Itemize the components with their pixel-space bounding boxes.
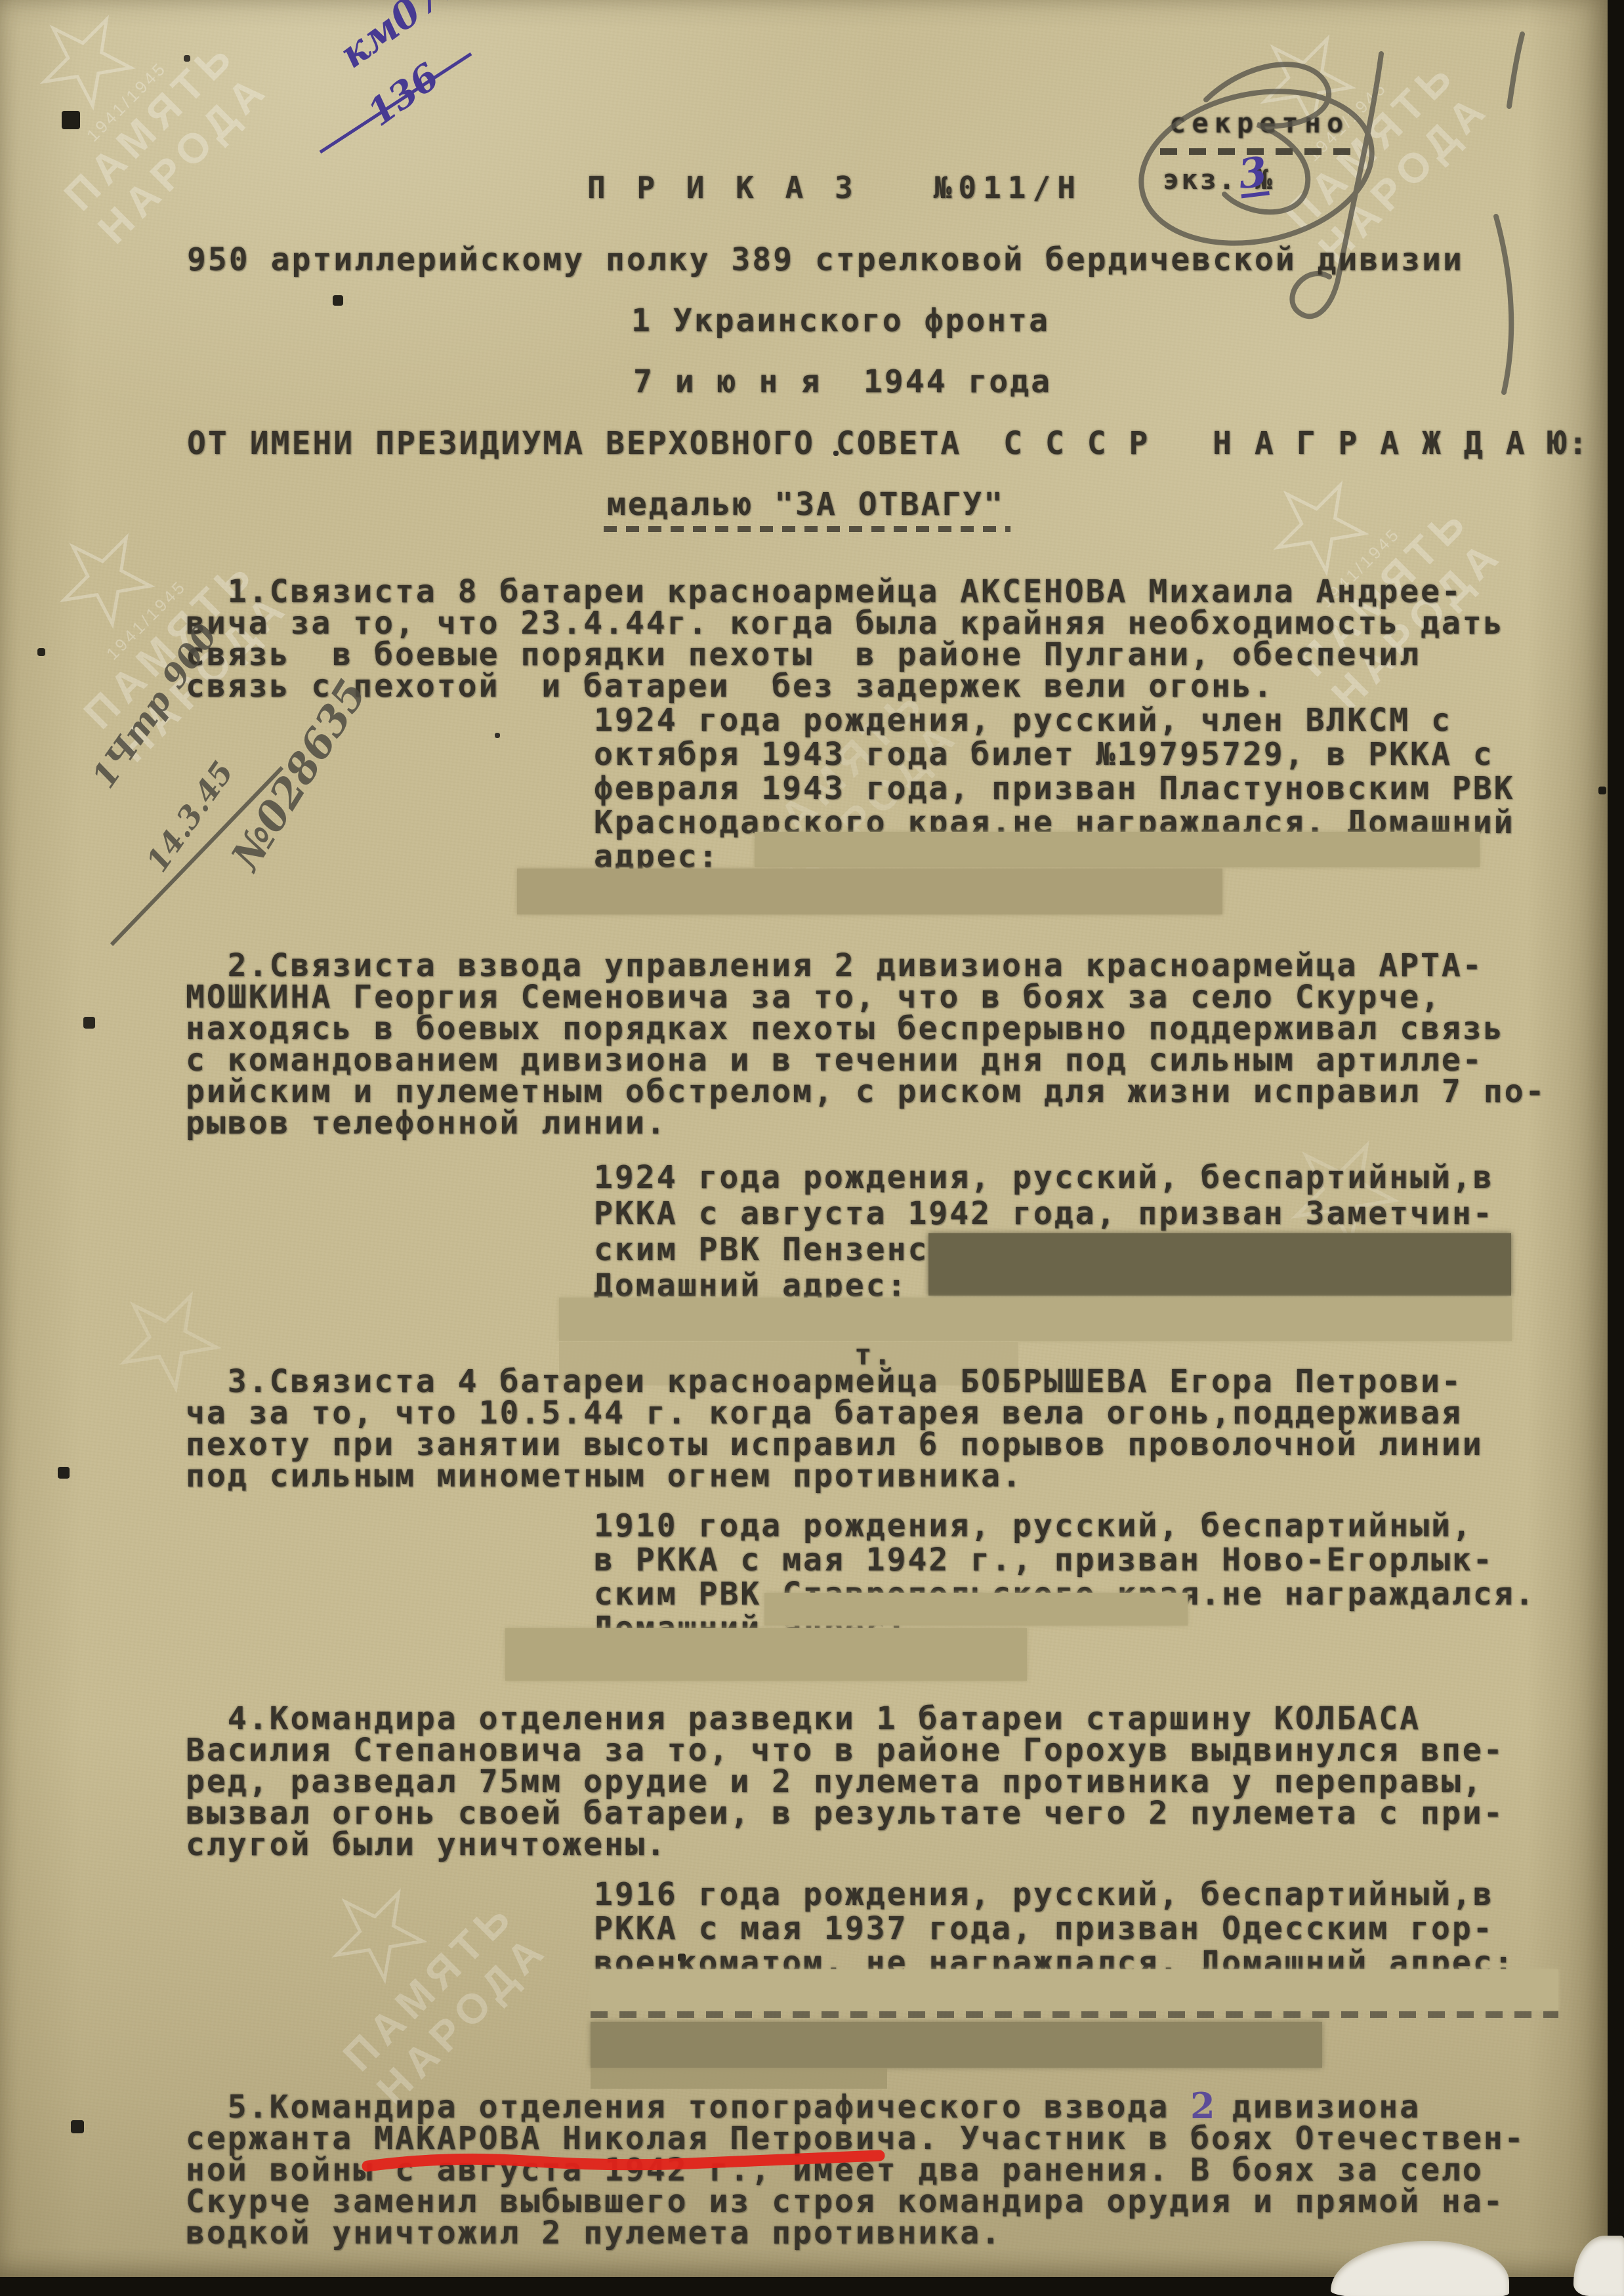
redaction-block bbox=[517, 869, 1222, 914]
front-line: 1 Украинского фронта bbox=[631, 305, 1050, 337]
paragraph-1: 1.Связиста 8 батареи красноармейца АКСЕН… bbox=[186, 576, 1570, 702]
star-icon bbox=[306, 1863, 446, 2002]
watermark-year: 1945 bbox=[122, 58, 170, 106]
redaction-block bbox=[505, 1628, 1027, 1681]
star-icon bbox=[34, 508, 173, 647]
paragraph-4: 4.Командира отделения разведки 1 батареи… bbox=[186, 1703, 1570, 1860]
archive-watermark: 1941/1945 ПАМЯТЬ НАРОДА bbox=[0, 0, 300, 275]
watermark-year: 1945 bbox=[1356, 523, 1404, 571]
pencil-scribbles bbox=[1089, 20, 1601, 426]
award-authority-line: ОТ ИМЕНИ ПРЕЗИДИУМА ВЕРХОВНОГО СОВЕТА С … bbox=[187, 428, 1589, 459]
medal-underline bbox=[604, 526, 1010, 532]
paper-sheet: 1941/1945 ПАМЯТЬ НАРОДА 1941/1945 ПАМЯТЬ… bbox=[0, 0, 1608, 2277]
redaction-block bbox=[764, 1593, 1188, 1626]
star-icon bbox=[14, 0, 154, 129]
date-line: 7 и ю н я 1944 года bbox=[633, 366, 1052, 398]
redaction-block bbox=[755, 832, 1480, 867]
paragraph-2: 2.Связиста взвода управления 2 дивизиона… bbox=[186, 950, 1570, 1139]
redaction-block-dark bbox=[591, 2022, 1322, 2068]
watermark-text: ПАМЯТЬ bbox=[33, 9, 266, 241]
paragraph-3: 3.Связиста 4 батареи красноармейца БОБРЫ… bbox=[186, 1366, 1570, 1492]
watermark-text: ПАМЯТЬ bbox=[312, 1869, 545, 2102]
order-title: П Р И К А З №011/Н bbox=[587, 172, 1082, 203]
document-scan: 1941/1945 ПАМЯТЬ НАРОДА 1941/1945 ПАМЯТЬ… bbox=[0, 0, 1624, 2296]
medal-line: медалью "ЗА ОТВАГУ" bbox=[607, 489, 1005, 520]
redaction-block-dark bbox=[928, 1233, 1511, 1296]
addressee-line: 950 артиллерийскому полку 389 стрелковой… bbox=[187, 244, 1464, 276]
paper-specks bbox=[0, 0, 1, 1]
redaction-block bbox=[591, 1969, 1558, 2010]
watermark-year: 1945 bbox=[142, 576, 190, 624]
watermark-year: 1941 bbox=[83, 97, 131, 145]
handwritten-division-number: 2 bbox=[1190, 2085, 1215, 2127]
watermark-year: 1941 bbox=[102, 615, 150, 663]
redaction-block bbox=[559, 1298, 1512, 1341]
redaction-block bbox=[591, 2068, 887, 2089]
red-name-underline bbox=[358, 2144, 961, 2190]
watermark-text: НАРОДА bbox=[67, 42, 300, 275]
struck-typed-line bbox=[591, 2011, 1558, 2018]
paragraph-4-info: 1916 года рождения, русский, беспартийны… bbox=[594, 1877, 1578, 1980]
